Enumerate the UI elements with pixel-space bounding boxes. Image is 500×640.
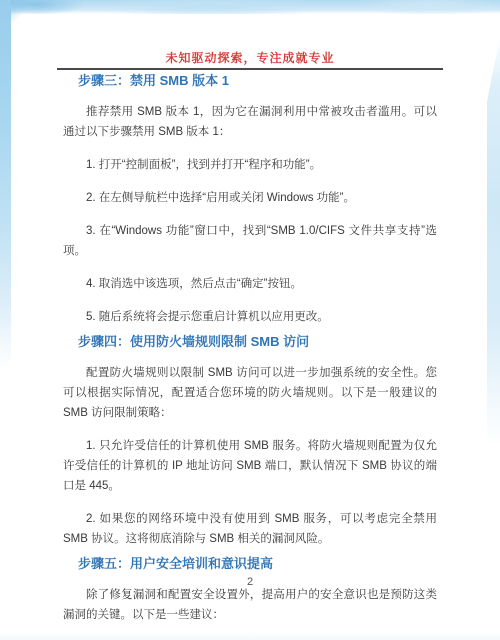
section-1-item-4: 4. 取消选中该选项，然后点击“确定”按钮。 (63, 274, 437, 294)
section-heading-1: 步骤三：禁用 SMB 版本 1 (63, 72, 437, 89)
section-heading-2: 步骤四：使用防火墙规则限制 SMB 访问 (63, 333, 437, 350)
section-heading-3: 步骤五：用户安全培训和意识提高 (63, 555, 437, 572)
section-1-item-2: 2. 在左侧导航栏中选择“启用或关闭 Windows 功能”。 (63, 188, 437, 208)
watercolor-right-edge (487, 36, 500, 446)
watercolor-left-edge (0, 0, 11, 370)
section-2-item-1: 1. 只允许受信任的计算机使用 SMB 服务。将防火墙规则配置为仅允许受信任的计… (63, 436, 437, 496)
watercolor-top-edge (0, 0, 500, 14)
section-1-item-3: 3. 在“Windows 功能”窗口中，找到“SMB 1.0/CIFS 文件共享… (63, 221, 437, 261)
section-1-item-1: 1. 打开“控制面板”，找到并打开“程序和功能”。 (63, 155, 437, 175)
watercolor-top-left-corner (0, 0, 30, 30)
page-number: 2 (0, 576, 500, 588)
section-intro-1: 推荐禁用 SMB 版本 1，因为它在漏洞利用中常被攻击者滥用。可以通过以下步骤禁… (63, 102, 437, 142)
watercolor-bottom-edge (0, 632, 500, 640)
section-intro-3: 除了修复漏洞和配置安全设置外，提高用户的安全意识也是预防这类漏洞的关键。以下是一… (63, 585, 437, 625)
section-2-item-2: 2. 如果您的网络环境中没有使用到 SMB 服务，可以考虑完全禁用 SMB 协议… (63, 509, 437, 549)
section-intro-2: 配置防火墙规则以限制 SMB 访问可以进一步加强系统的安全性。您可以根据实际情况… (63, 363, 437, 423)
document-body: 步骤三：禁用 SMB 版本 1推荐禁用 SMB 版本 1，因为它在漏洞利用中常被… (63, 66, 437, 625)
section-1-item-5: 5. 随后系统将会提示您重启计算机以应用更改。 (63, 307, 437, 327)
